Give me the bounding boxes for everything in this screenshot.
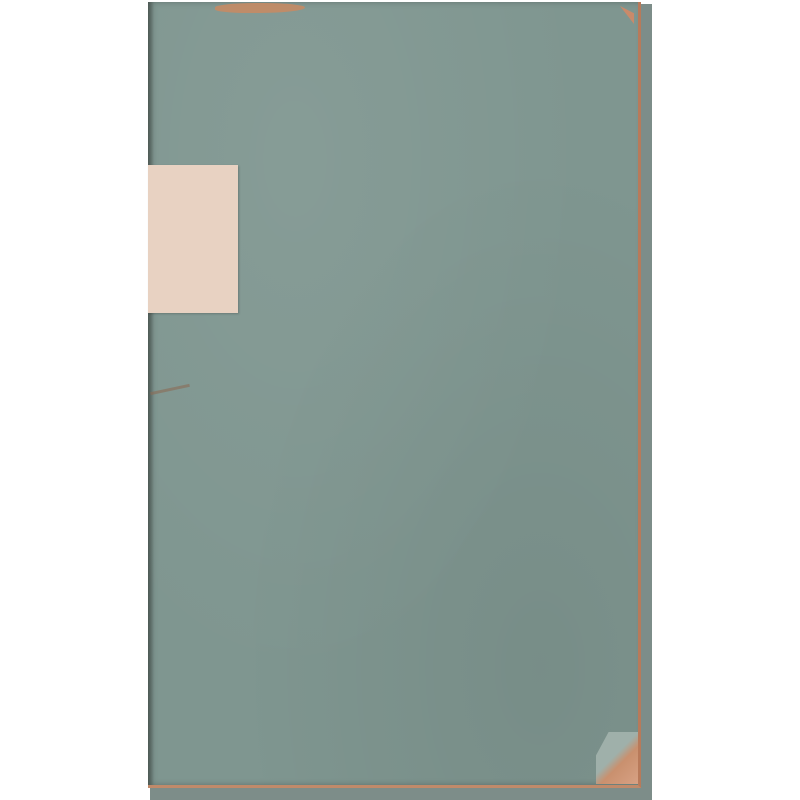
spine-label — [148, 165, 238, 313]
book-cover — [148, 2, 641, 788]
